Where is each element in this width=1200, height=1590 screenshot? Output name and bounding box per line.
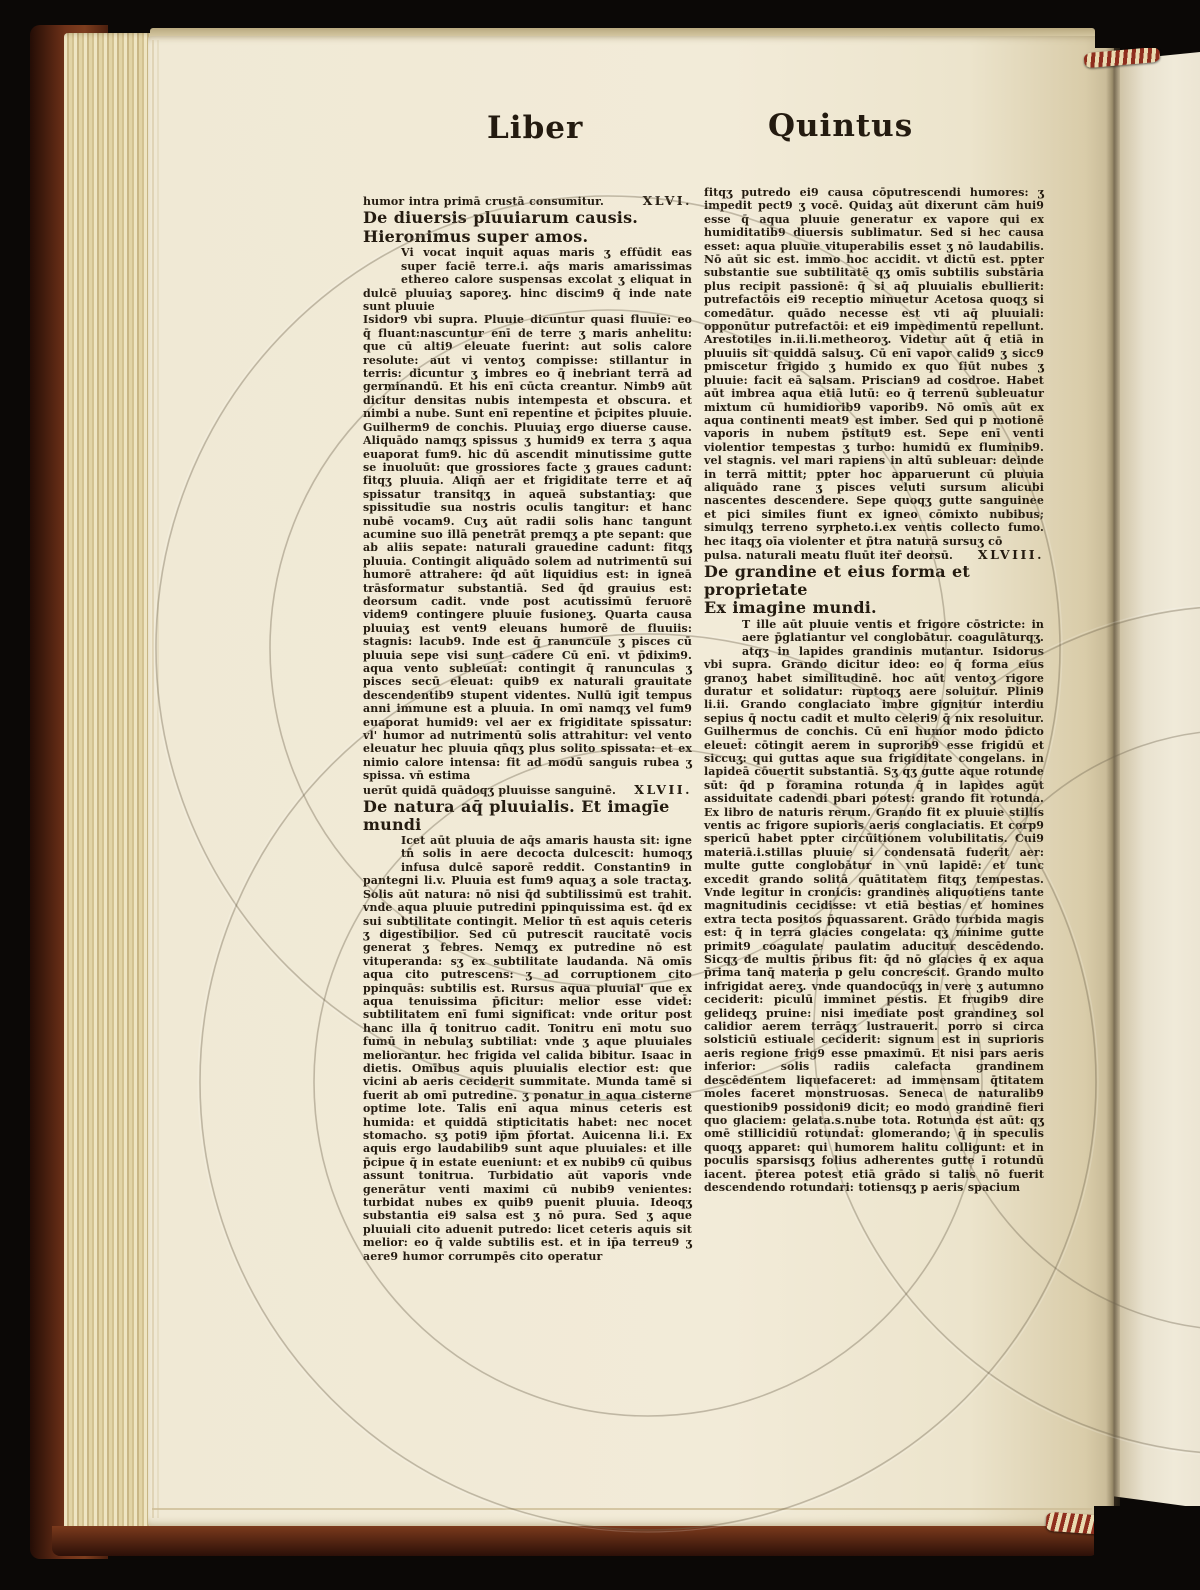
running-head-quintus: Quintus bbox=[768, 108, 913, 144]
section-number-xlviii: XLVIII. bbox=[978, 548, 1044, 561]
running-head-liber: Liber bbox=[487, 110, 583, 146]
chapter-heading-hieronimus: Hieronimus super amos. bbox=[363, 228, 692, 246]
page-text-layer: Liber Quintus humor intra primā crustā c… bbox=[0, 0, 1200, 1590]
section-number-xlvi: XLVI. bbox=[643, 194, 692, 207]
paragraph: T ille aūt pluuie ventis et frigore cōst… bbox=[704, 618, 1044, 1194]
paragraph-end-line: pulsa. naturali meatu fluūt iter̄ deorsū… bbox=[704, 548, 1044, 562]
initial-indent bbox=[363, 246, 401, 286]
chapter-heading-imago-mundi: Ex imagine mundi. bbox=[704, 599, 1044, 617]
paragraph-end-text: pulsa. naturali meatu fluūt iter̄ deorsū… bbox=[704, 549, 953, 562]
paragraph-end-text: uerūt quidā quādoqʒ pluuisse sanguinē. bbox=[363, 784, 616, 797]
paragraph-text: T ille aūt pluuie ventis et frigore cōst… bbox=[704, 618, 1044, 1194]
chapter-heading-hail: De grandine et eius forma et proprietate bbox=[704, 563, 1044, 598]
chapter-heading-rainwater-nature: De natura aq̄ pluuialis. Et imagīe mundi bbox=[363, 798, 692, 833]
paragraph: Isidor9 vbi supra. Pluuie dicuntur quasi… bbox=[363, 313, 692, 782]
initial-indent bbox=[704, 618, 742, 658]
paragraph-end-line: uerūt quidā quādoqʒ pluuisse sanguinē. X… bbox=[363, 783, 692, 797]
paragraph: Icet aūt pluuia de aq̄s amaris hausta si… bbox=[363, 834, 692, 1263]
carryover-text: humor intra primā crustā consumitur. bbox=[363, 195, 604, 208]
paragraph-text: Vi vocat inquit aquas maris ʒ effūdit ea… bbox=[363, 246, 692, 313]
text-column-right: fitqʒ putredo ei9 causa cōputrescendi hu… bbox=[704, 186, 1044, 1194]
book-photograph: Liber Quintus humor intra primā crustā c… bbox=[0, 0, 1200, 1590]
paragraph-text: Icet aūt pluuia de aq̄s amaris hausta si… bbox=[363, 834, 692, 1263]
background-corner-bottom-right bbox=[1094, 1506, 1200, 1590]
chapter-heading-rain-causes: De diuersis pluuiarum causis. bbox=[363, 209, 692, 227]
initial-indent bbox=[363, 834, 401, 874]
text-column-left: humor intra primā crustā consumitur. XLV… bbox=[363, 194, 692, 1263]
background-corner-top-right bbox=[1095, 0, 1200, 48]
carryover-line: humor intra primā crustā consumitur. XLV… bbox=[363, 194, 692, 208]
section-number-xlvii: XLVII. bbox=[634, 783, 692, 796]
paragraph: fitqʒ putredo ei9 causa cōputrescendi hu… bbox=[704, 186, 1044, 548]
paragraph: Vi vocat inquit aquas maris ʒ effūdit ea… bbox=[363, 246, 692, 313]
